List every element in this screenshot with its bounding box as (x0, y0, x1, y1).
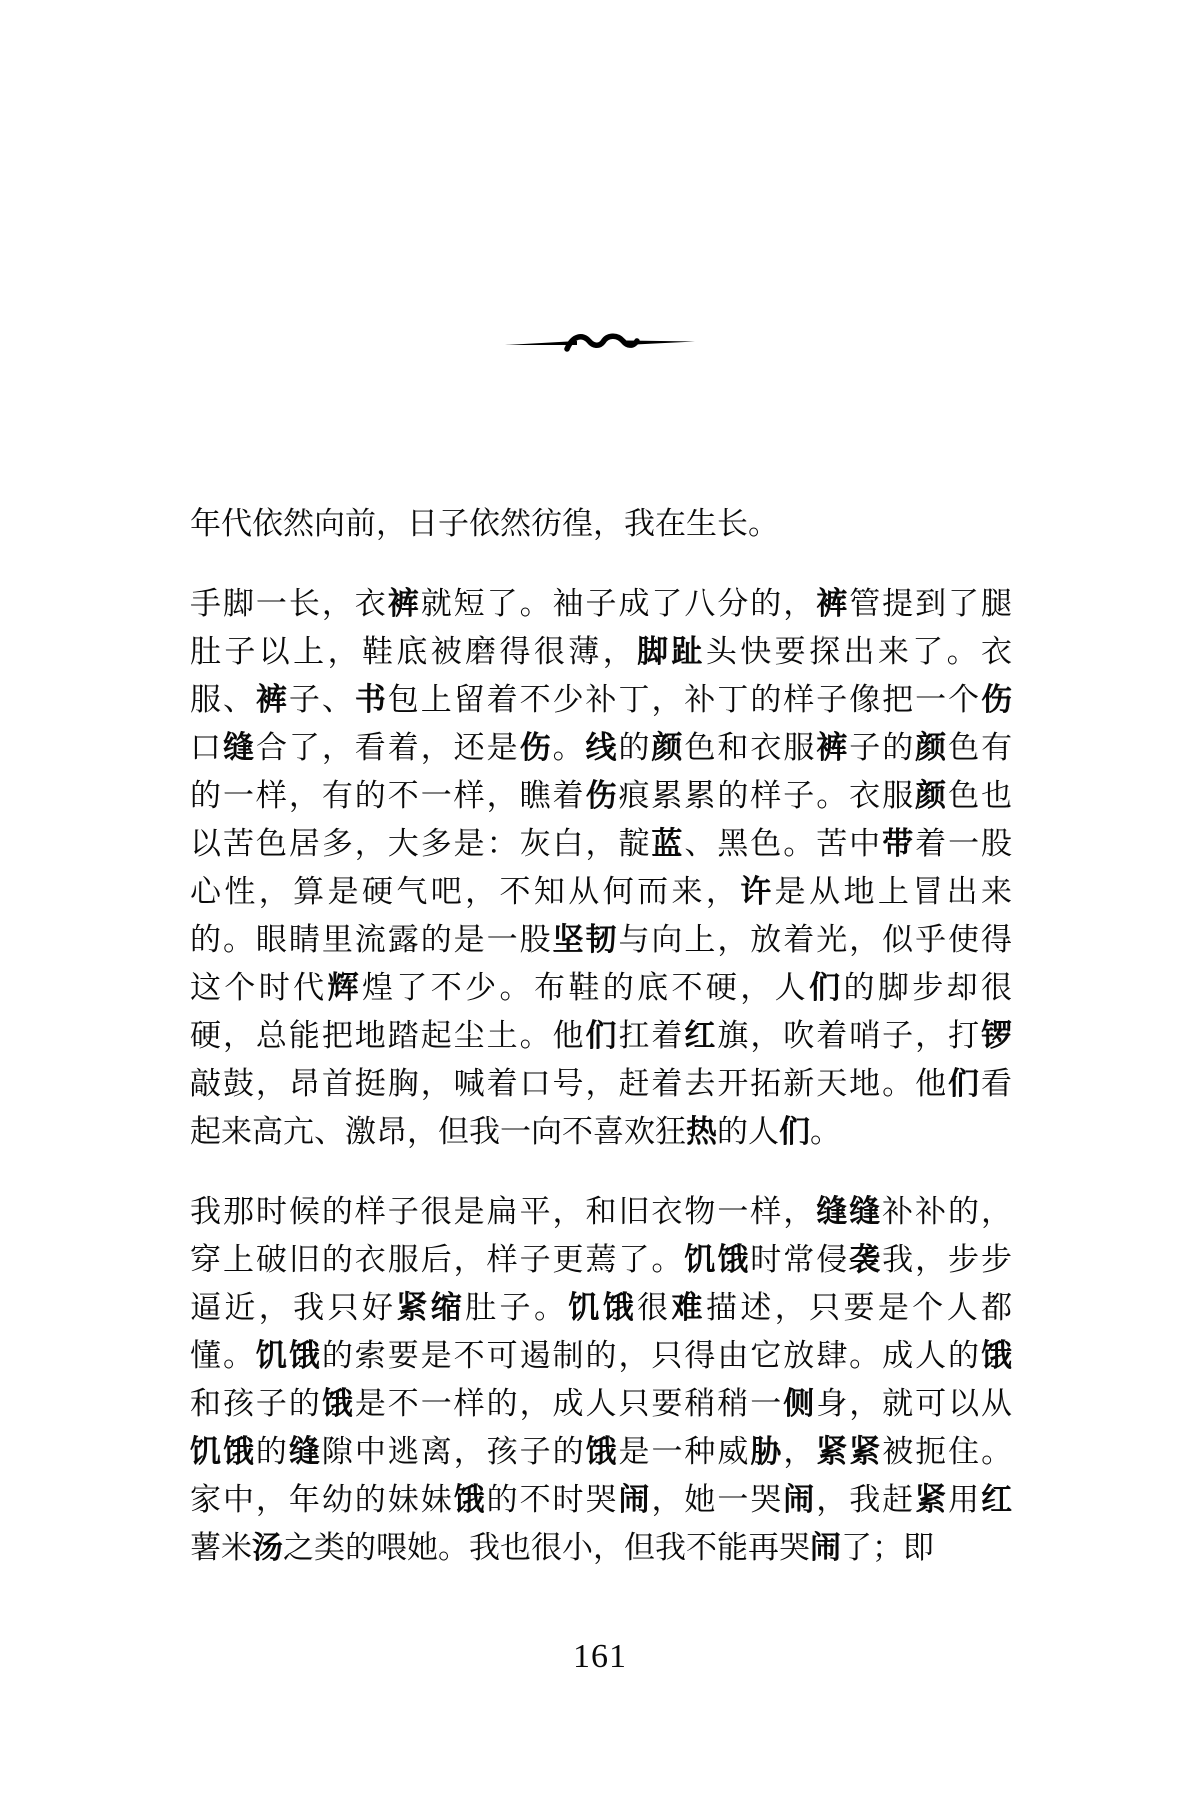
emphasized-text: 裤 (816, 586, 849, 621)
body-text: 肚子以上，鞋底被磨得很薄， (190, 634, 637, 669)
emphasized-text: 锣 (981, 1018, 1012, 1053)
emphasized-text: 们 (586, 1018, 619, 1053)
body-text: 补补的， (882, 1194, 1012, 1229)
paragraph: 我那时候的样子很是扁平，和旧衣物一样，缝缝补补的，穿上破旧的衣服后，样子更蔫了。… (190, 1188, 1012, 1572)
body-text: 敲鼓，昂首挺胸，喊着口号，赶着去开拓新天地。他 (190, 1066, 948, 1101)
body-text: 管提到了腿 (849, 586, 1012, 621)
body-text: 是一种威 (619, 1434, 751, 1469)
emphasized-text: 辉 (328, 970, 362, 1005)
body-text: 身，就可以从 (816, 1386, 1012, 1421)
body-text: 色和衣服 (684, 730, 816, 765)
emphasized-text: 们 (779, 1114, 810, 1149)
body-text: 隙中逃离，孩子的 (322, 1434, 586, 1469)
paragraph: 手脚一长，衣裤就短了。袖子成了八分的，裤管提到了腿肚子以上，鞋底被磨得很薄，脚趾… (190, 580, 1012, 1156)
body-text: 色也 (948, 778, 1012, 813)
body-text: 看 (981, 1066, 1012, 1101)
emphasized-text: 胁 (750, 1434, 783, 1469)
text-line: 起来高亢、激昂，但我一向不喜欢狂热的人们。 (190, 1108, 1012, 1156)
body-text: 的一样，有的不一样，瞧着 (190, 778, 586, 813)
body-text: 时常侵 (750, 1242, 849, 1277)
emphasized-text: 闹 (783, 1482, 816, 1517)
body-text: ，她一哭 (651, 1482, 783, 1517)
text-line: 我那时候的样子很是扁平，和旧衣物一样，缝缝补补的， (190, 1188, 1012, 1236)
text-line: 懂。饥饿的索要是不可遏制的，只得由它放肆。成人的饿 (190, 1332, 1012, 1380)
emphasized-text: 袭 (849, 1242, 882, 1277)
page-number: 161 (0, 1638, 1200, 1676)
text-line: 穿上破旧的衣服后，样子更蔫了。饥饿时常侵袭我，步步 (190, 1236, 1012, 1284)
body-text: 逼近，我只好 (190, 1290, 396, 1325)
body-text: 被扼住。 (882, 1434, 1012, 1469)
emphasized-text: 颜 (915, 778, 948, 813)
body-text: 、黑色。苦中 (684, 826, 882, 861)
emphasized-text: 饥饿 (190, 1434, 256, 1469)
emphasized-text: 脚趾 (637, 634, 706, 669)
body-text: 子、 (289, 682, 355, 717)
emphasized-text: 裤 (256, 682, 289, 717)
text-line: 薯米汤之类的喂她。我也很小，但我不能再哭闹了；即 (190, 1524, 1012, 1572)
body-text: 之类的喂她。我也很小，但我不能再哭 (283, 1530, 810, 1565)
emphasized-text: 饥饿 (256, 1338, 322, 1373)
body-text: 这个时代 (190, 970, 328, 1005)
body-text: 的索要是不可遏制的，只得由它放肆。成人的 (322, 1338, 981, 1373)
emphasized-text: 裤 (816, 730, 849, 765)
emphasized-text: 许 (740, 874, 774, 909)
body-text: ， (783, 1434, 816, 1469)
emphasized-text: 汤 (252, 1530, 283, 1565)
body-text: 描述，只要是个人都 (706, 1290, 1012, 1325)
body-text: 合了，看着，还是 (256, 730, 520, 765)
emphasized-text: 难 (672, 1290, 706, 1325)
body-text: 包上留着不少补丁，补丁的样子像把一个 (388, 682, 981, 717)
body-text: 的不时哭 (487, 1482, 619, 1517)
text-line: 逼近，我只好紧缩肚子。饥饿很难描述，只要是个人都 (190, 1284, 1012, 1332)
text-line: 口缝合了，看着，还是伤。线的颜色和衣服裤子的颜色有 (190, 724, 1012, 772)
body-text: 薯米 (190, 1530, 252, 1565)
text-line: 硬，总能把地踏起尘土。他们扛着红旗，吹着哨子，打锣 (190, 1012, 1012, 1060)
body-text: 头快要探出来了。衣 (706, 634, 1012, 669)
body-text: 以苦色居多，大多是：灰白，靛 (190, 826, 651, 861)
body-text: 就短了。袖子成了八分的， (421, 586, 817, 621)
emphasized-text: 饥饿 (568, 1290, 637, 1325)
body-text: 用 (948, 1482, 981, 1517)
emphasized-text: 红 (981, 1482, 1012, 1517)
body-text: 手脚一长，衣 (190, 586, 388, 621)
emphasized-text: 闹 (810, 1530, 841, 1565)
body-text: 旗，吹着哨子，打 (717, 1018, 981, 1053)
text-line: 心性，算是硬气吧，不知从何而来，许是从地上冒出来 (190, 868, 1012, 916)
text-block: 年代依然向前，日子依然彷徨，我在生长。手脚一长，衣裤就短了。袖子成了八分的，裤管… (190, 500, 1012, 1572)
body-text: 的脚步却很 (843, 970, 1012, 1005)
body-text: 心性，算是硬气吧，不知从何而来， (190, 874, 740, 909)
emphasized-text: 坚韧 (553, 922, 619, 957)
body-text: 我，步步 (882, 1242, 1012, 1277)
emphasized-text: 紧缩 (396, 1290, 465, 1325)
body-text: 扛着 (618, 1018, 684, 1053)
text-line: 敲鼓，昂首挺胸，喊着口号，赶着去开拓新天地。他们看 (190, 1060, 1012, 1108)
emphasized-text: 缝 (223, 730, 256, 765)
body-text: 与向上，放着光，似乎使得 (618, 922, 1012, 957)
emphasized-text: 紧紧 (816, 1434, 882, 1469)
text-line: 饥饿的缝隙中逃离，孩子的饿是一种威胁，紧紧被扼住。 (190, 1428, 1012, 1476)
emphasized-text: 伤 (981, 682, 1012, 717)
section-divider (0, 331, 1200, 355)
body-text: 是不一样的，成人只要稍稍一 (355, 1386, 783, 1421)
body-text: 着一股 (915, 826, 1012, 861)
book-page: 年代依然向前，日子依然彷徨，我在生长。手脚一长，衣裤就短了。袖子成了八分的，裤管… (0, 0, 1200, 1800)
text-line: 服、裤子、书包上留着不少补丁，补丁的样子像把一个伤 (190, 676, 1012, 724)
body-text: 的人 (717, 1114, 779, 1149)
emphasized-text: 们 (809, 970, 843, 1005)
body-text: 年代依然向前，日子依然彷徨，我在生长。 (190, 506, 779, 541)
body-text: 懂。 (190, 1338, 256, 1373)
emphasized-text: 伤 (586, 778, 619, 813)
body-text: 我那时候的样子很是扁平，和旧衣物一样， (190, 1194, 816, 1229)
emphasized-text: 颜 (915, 730, 948, 765)
emphasized-text: 缝缝 (816, 1194, 882, 1229)
body-text: 煌了不少。布鞋的底不硬，人 (362, 970, 809, 1005)
emphasized-text: 书 (355, 682, 388, 717)
emphasized-text: 侧 (783, 1386, 816, 1421)
emphasized-text: 们 (948, 1066, 981, 1101)
body-text: ，我赶 (816, 1482, 915, 1517)
emphasized-text: 饿 (586, 1434, 619, 1469)
body-text: 的 (619, 730, 652, 765)
emphasized-text: 饿 (981, 1338, 1012, 1373)
body-text: 了；即 (841, 1530, 934, 1565)
emphasized-text: 蓝 (651, 826, 684, 861)
emphasized-text: 裤 (388, 586, 421, 621)
body-text: 硬，总能把地踏起尘土。他 (190, 1018, 586, 1053)
body-text: 和孩子的 (190, 1386, 322, 1421)
emphasized-text: 饿 (454, 1482, 487, 1517)
body-text: 。 (810, 1114, 841, 1149)
emphasized-text: 伤 (520, 730, 553, 765)
body-text: 肚子。 (465, 1290, 568, 1325)
paragraph: 年代依然向前，日子依然彷徨，我在生长。 (190, 500, 1012, 548)
text-line: 的一样，有的不一样，瞧着伤痕累累的样子。衣服颜色也 (190, 772, 1012, 820)
emphasized-text: 闹 (618, 1482, 651, 1517)
body-text: 。 (553, 730, 586, 765)
body-text: 家中，年幼的妹妹 (190, 1482, 454, 1517)
body-text: 是从地上冒出来 (775, 874, 1012, 909)
emphasized-text: 紧 (915, 1482, 948, 1517)
emphasized-text: 饿 (322, 1386, 355, 1421)
body-text: 服、 (190, 682, 256, 717)
text-line: 肚子以上，鞋底被磨得很薄，脚趾头快要探出来了。衣 (190, 628, 1012, 676)
emphasized-text: 红 (684, 1018, 717, 1053)
emphasized-text: 颜 (651, 730, 684, 765)
body-text: 色有 (948, 730, 1012, 765)
rope-flourish-icon (505, 331, 695, 355)
text-line: 以苦色居多，大多是：灰白，靛蓝、黑色。苦中带着一股 (190, 820, 1012, 868)
emphasized-text: 热 (686, 1114, 717, 1149)
emphasized-text: 饥饿 (684, 1242, 750, 1277)
text-line: 年代依然向前，日子依然彷徨，我在生长。 (190, 500, 1012, 548)
text-line: 的。眼睛里流露的是一股坚韧与向上，放着光，似乎使得 (190, 916, 1012, 964)
text-line: 和孩子的饿是不一样的，成人只要稍稍一侧身，就可以从 (190, 1380, 1012, 1428)
body-text: 很 (637, 1290, 671, 1325)
emphasized-text: 带 (882, 826, 915, 861)
body-text: 口 (190, 730, 223, 765)
emphasized-text: 线 (586, 730, 619, 765)
body-text: 的 (256, 1434, 289, 1469)
text-line: 这个时代辉煌了不少。布鞋的底不硬，人们的脚步却很 (190, 964, 1012, 1012)
body-text: 子的 (849, 730, 915, 765)
body-text: 穿上破旧的衣服后，样子更蔫了。 (190, 1242, 684, 1277)
emphasized-text: 缝 (289, 1434, 322, 1469)
text-line: 家中，年幼的妹妹饿的不时哭闹，她一哭闹，我赶紧用红 (190, 1476, 1012, 1524)
body-text: 的。眼睛里流露的是一股 (190, 922, 553, 957)
body-text: 痕累累的样子。衣服 (618, 778, 915, 813)
text-line: 手脚一长，衣裤就短了。袖子成了八分的，裤管提到了腿 (190, 580, 1012, 628)
body-text: 起来高亢、激昂，但我一向不喜欢狂 (190, 1114, 686, 1149)
